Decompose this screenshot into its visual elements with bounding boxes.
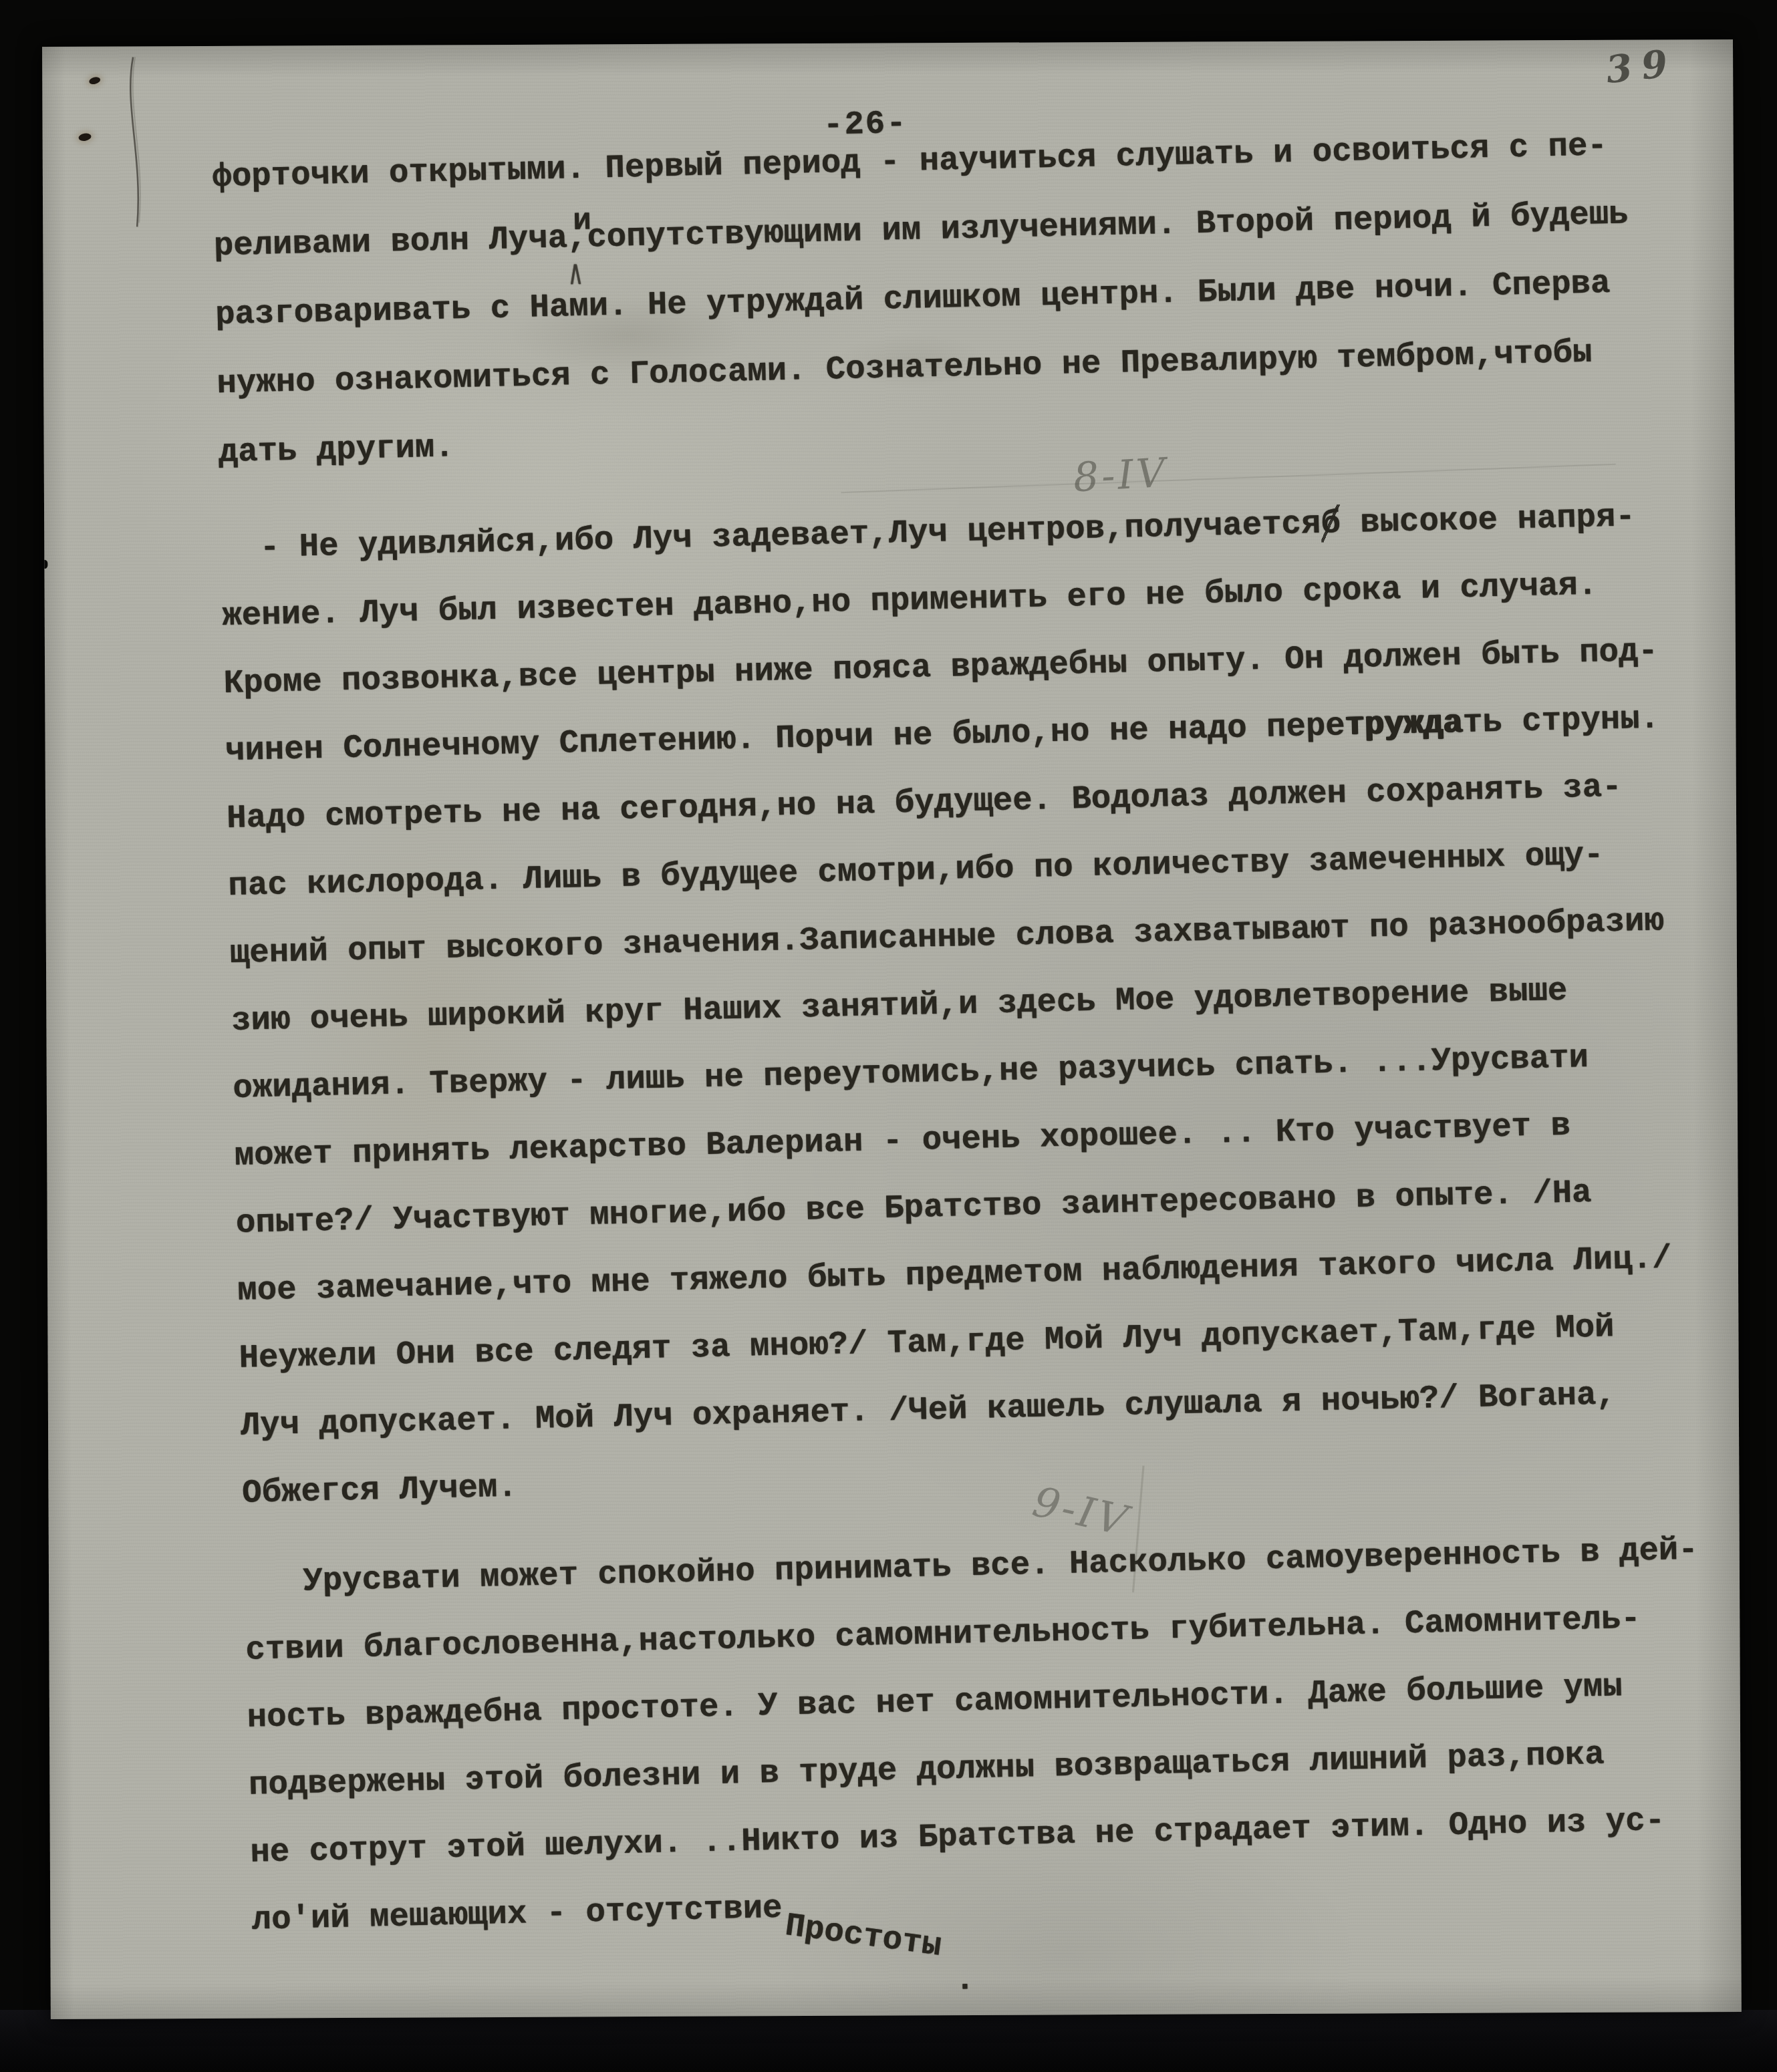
page-number: -26-: [823, 108, 908, 142]
closing-period: .: [954, 1964, 975, 1997]
pencil-date-upper: 8-IV: [1072, 453, 1169, 498]
insertion-caret-icon: ∧: [568, 259, 583, 293]
inserted-letter: и: [573, 205, 592, 237]
typed-text: форточки открытыми. Первый период - науч…: [211, 109, 1742, 1954]
overstruck-text: тружда: [1345, 704, 1464, 744]
typed-text-block: -26- и ∧ 8-IV 9-IV форточки открытыми. П…: [42, 39, 1742, 1958]
paragraph: форточки открытыми. Первый период - науч…: [211, 109, 1742, 488]
paper-sheet: 39 -26- и ∧ 8-IV 9-IV форточки открытыми…: [42, 39, 1742, 2019]
scanner-bed-band: [0, 2010, 1777, 2072]
paragraph: Урусвати может спокойно принимать все. Н…: [243, 1515, 1742, 1954]
struck-character: б: [1321, 504, 1341, 543]
paragraph: - Не удивляйся,ибо Луч задевает,Луч цент…: [220, 480, 1742, 1527]
paper-edge-nick: [42, 560, 47, 569]
scan-background: { "document": { "page_number": "-26-", "…: [0, 0, 1777, 2072]
